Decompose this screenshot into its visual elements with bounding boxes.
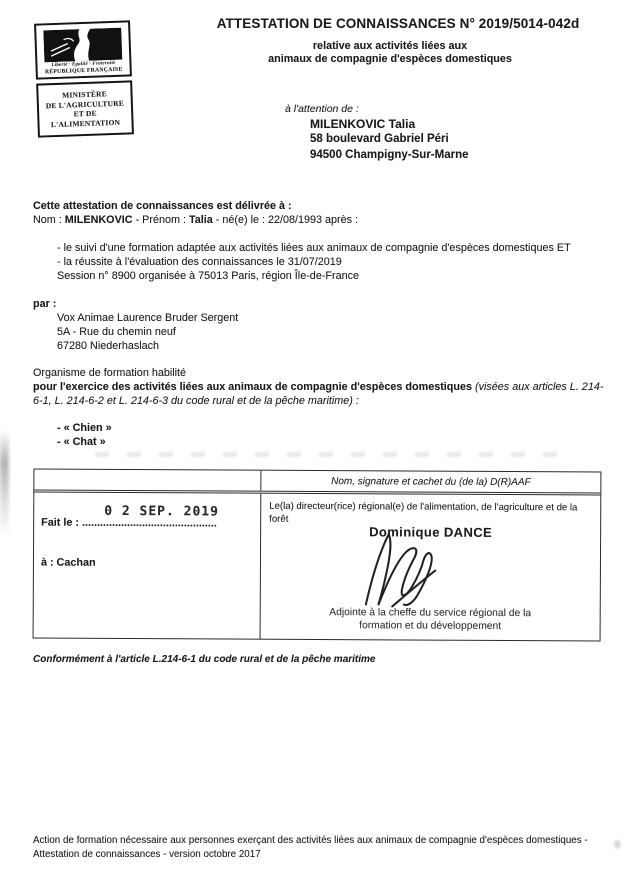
marianne-logo-box: Liberté · Égalité · Fraternité RÉPUBLIQU… [34, 20, 132, 79]
date-place-cell: 0 2 SEP. 2019 Fait le : ................… [34, 493, 262, 639]
species-chat: - « Chat » [57, 435, 106, 449]
ministry-box: MINISTÈRE DE L'AGRICULTURE ET DE L'ALIME… [36, 80, 134, 137]
species-chien: - « Chien » [57, 421, 112, 435]
condition-bullet-1: - le suivi d'une formation adaptée aux a… [57, 241, 571, 255]
signature-table-body-row: 0 2 SEP. 2019 Fait le : ................… [34, 493, 601, 641]
recipient-name: MILENKOVIC Talia [310, 117, 415, 131]
place-line: à : Cachan [41, 557, 96, 569]
recipient-address-line-1: 58 boulevard Gabriel Péri [310, 133, 449, 145]
ministry-line: L'ALIMENTATION [40, 117, 130, 130]
session-line: Session n° 8900 organisée à 75013 Paris,… [57, 269, 359, 283]
identity-line: Nom : MILENKOVIC - Prénom : Talia - né(e… [33, 213, 358, 227]
handwritten-signature-icon [359, 530, 463, 609]
nom-value: MILENKOVIC [65, 214, 133, 226]
marianne-icon [43, 28, 122, 63]
prenom-value: Talia [189, 214, 213, 226]
condition-bullet-2: - la réussite à l'évaluation des connais… [57, 255, 342, 269]
recipient-address-line-2: 94500 Champigny-Sur-Marne [310, 149, 469, 161]
footer-line-1: Action de formation nécessaire aux perso… [33, 835, 588, 846]
document-subtitle-2: animaux de compagnie d'espèces domestiqu… [150, 53, 630, 65]
nom-label: Nom : [33, 214, 65, 226]
signature-table-header-row: Nom, signature et cachet du (de la) D(R)… [34, 470, 600, 496]
signature-table: Nom, signature et cachet du (de la) D(R)… [33, 469, 602, 642]
document-title: ATTESTATION DE CONNAISSANCES N° 2019/501… [158, 16, 638, 31]
par-label: par : [33, 297, 56, 311]
birth-suffix: - né(e) le : 22/08/1993 après : [213, 214, 358, 226]
scan-edge-mark [614, 840, 621, 849]
footer-line-2: Attestation de connaissances - version o… [33, 849, 261, 860]
scan-smudge [0, 430, 9, 538]
attention-label: à l'attention de : [285, 103, 359, 115]
exercice-bold-part: pour l'exercice des activités liées aux … [33, 381, 475, 393]
signature-table-header-right-cell: Nom, signature et cachet du (de la) D(R)… [261, 471, 600, 493]
adjointe-line-2: formation et du développement [261, 619, 600, 634]
organisme-address-2: 67280 Niederhaslach [57, 339, 159, 353]
organisme-name: Vox Animae Laurence Bruder Sergent [57, 311, 238, 325]
signature-table-header-left-cell [34, 470, 261, 491]
exercice-paragraph: pour l'exercice des activités liées aux … [33, 380, 611, 408]
adjointe-caption: Adjointe à la cheffe du service régional… [261, 606, 600, 634]
scan-noise-line [95, 452, 565, 457]
signature-cell: Le(la) directeur(rice) régional(e) de l'… [261, 494, 601, 641]
prenom-label: - Prénom : [133, 214, 189, 226]
legal-note: Conformément à l'article L.214-6-1 du co… [33, 654, 376, 665]
attestation-document: Liberté · Égalité · Fraternité RÉPUBLIQU… [0, 0, 639, 884]
document-subtitle-1: relative aux activités liées aux [150, 40, 630, 52]
delivered-heading: Cette attestation de connaissances est d… [33, 199, 292, 213]
republique-francaise-logo-block: Liberté · Égalité · Fraternité RÉPUBLIQU… [34, 20, 134, 137]
habilite-line: Organisme de formation habilité [33, 366, 186, 380]
organisme-address-1: 5A - Rue du chemin neuf [57, 325, 176, 339]
fait-le-line: Fait le : ..............................… [41, 517, 217, 530]
